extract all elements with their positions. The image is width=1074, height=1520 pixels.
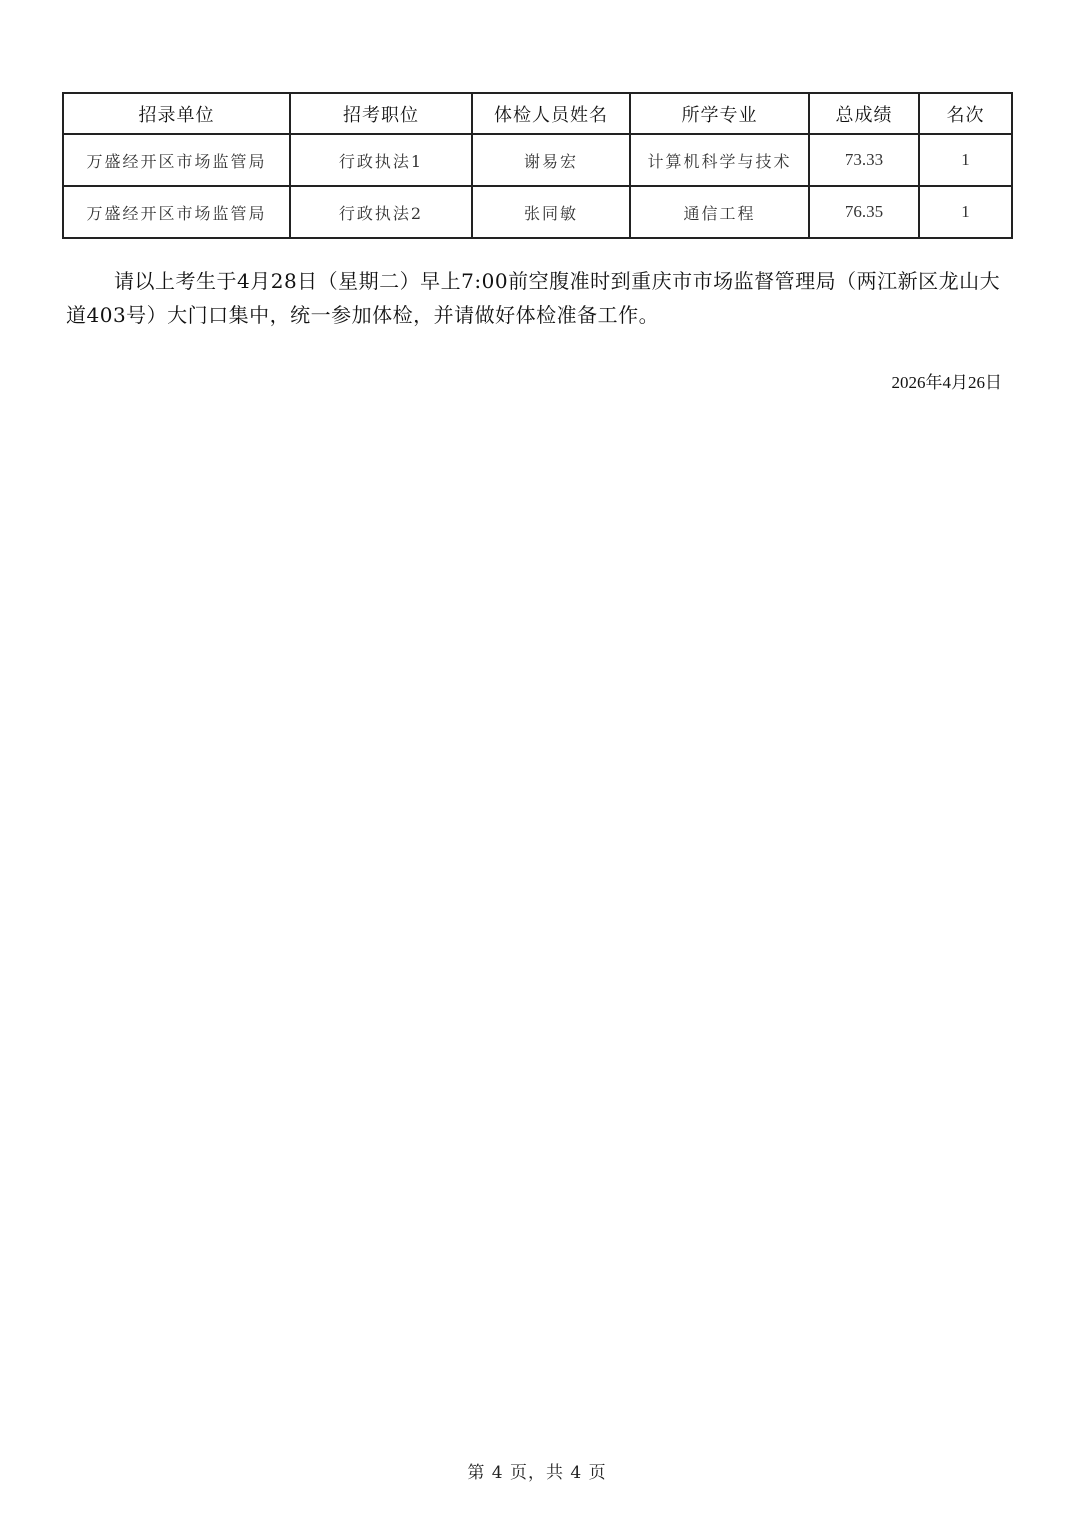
cell-major: 计算机科学与技术 (630, 134, 809, 186)
cell-rank: 1 (919, 186, 1012, 238)
table-header-row: 招录单位 招考职位 体检人员姓名 所学专业 总成绩 名次 (63, 93, 1012, 134)
header-position: 招考职位 (290, 93, 472, 134)
cell-score: 73.33 (809, 134, 919, 186)
cell-name: 张同敏 (472, 186, 630, 238)
header-rank: 名次 (919, 93, 1012, 134)
physical-exam-table: 招录单位 招考职位 体检人员姓名 所学专业 总成绩 名次 万盛经开区市场监管局 … (62, 92, 1013, 239)
header-recruiting-unit: 招录单位 (63, 93, 290, 134)
cell-rank: 1 (919, 134, 1012, 186)
cell-major: 通信工程 (630, 186, 809, 238)
cell-unit: 万盛经开区市场监管局 (63, 134, 290, 186)
header-total-score: 总成绩 (809, 93, 919, 134)
page-footer: 第 4 页，共 4 页 (0, 1458, 1074, 1483)
cell-position: 行政执法2 (290, 186, 472, 238)
cell-position: 行政执法1 (290, 134, 472, 186)
cell-unit: 万盛经开区市场监管局 (63, 186, 290, 238)
table-row: 万盛经开区市场监管局 行政执法2 张同敏 通信工程 76.35 1 (63, 186, 1012, 238)
header-examinee-name: 体检人员姓名 (472, 93, 630, 134)
header-major: 所学专业 (630, 93, 809, 134)
table-row: 万盛经开区市场监管局 行政执法1 谢易宏 计算机科学与技术 73.33 1 (63, 134, 1012, 186)
notice-date: 2026年4月26日 (892, 368, 1003, 393)
cell-name: 谢易宏 (472, 134, 630, 186)
notice-paragraph: 请以上考生于4月28日（星期二）早上7:00前空腹准时到重庆市市场监督管理局（两… (66, 264, 1011, 332)
cell-score: 76.35 (809, 186, 919, 238)
